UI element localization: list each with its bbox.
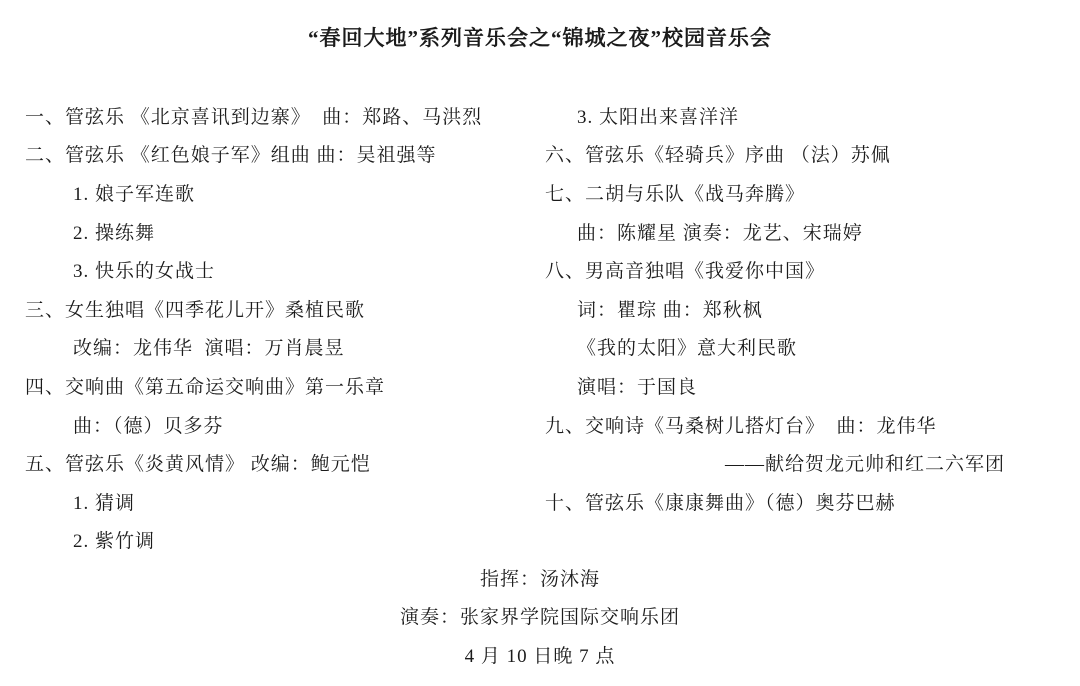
concert-program-page: “春回大地”系列音乐会之“锦城之夜”校园音乐会 一、管弦乐 《北京喜讯到边寨》 … — [0, 0, 1080, 686]
program-item-2-sub-2: 2. 操练舞 — [25, 212, 540, 251]
footer: 指挥：汤沐海 演奏：张家界学院国际交响乐团 4 月 10 日晚 7 点 — [0, 558, 1080, 674]
program-item-5-sub-1: 1. 猜调 — [25, 482, 540, 521]
program-item-8-performer: 演唱：于国良 — [545, 366, 1075, 405]
program-item-3-credits: 改编：龙伟华 演唱：万肖晨昱 — [25, 328, 540, 367]
footer-orchestra: 演奏：张家界学院国际交响乐团 — [0, 597, 1080, 636]
program-item-8: 八、男高音独唱《我爱你中国》 — [545, 250, 1075, 289]
program-item-1: 一、管弦乐 《北京喜讯到边寨》 曲：郑路、马洪烈 — [25, 96, 540, 135]
program-item-5-sub-2: 2. 紫竹调 — [25, 521, 540, 560]
program-item-8-credits: 词：瞿琮 曲：郑秋枫 — [545, 289, 1075, 328]
program-right-column: 3. 太阳出来喜洋洋 六、管弦乐《轻骑兵》序曲 （法）苏佩 七、二胡与乐队《战马… — [545, 96, 1075, 521]
page-title: “春回大地”系列音乐会之“锦城之夜”校园音乐会 — [0, 22, 1080, 52]
program-item-9: 九、交响诗《马桑树儿搭灯台》 曲：龙伟华 — [545, 405, 1075, 444]
program-item-2-sub-1: 1. 娘子军连歌 — [25, 173, 540, 212]
footer-datetime: 4 月 10 日晚 7 点 — [0, 635, 1080, 674]
program-item-9-dedication: ——献给贺龙元帅和红二六军团 — [545, 443, 1075, 482]
program-item-2: 二、管弦乐 《红色娘子军》组曲 曲：吴祖强等 — [25, 135, 540, 174]
program-item-5-sub-3: 3. 太阳出来喜洋洋 — [545, 96, 1075, 135]
program-item-2-sub-3: 3. 快乐的女战士 — [25, 250, 540, 289]
program-item-7-credits: 曲：陈耀星 演奏：龙艺、宋瑞婷 — [545, 212, 1075, 251]
program-item-4: 四、交响曲《第五命运交响曲》第一乐章 — [25, 366, 540, 405]
program-item-7: 七、二胡与乐队《战马奔腾》 — [545, 173, 1075, 212]
program-item-10: 十、管弦乐《康康舞曲》（德）奥芬巴赫 — [545, 482, 1075, 521]
program-item-5: 五、管弦乐《炎黄风情》 改编：鲍元恺 — [25, 443, 540, 482]
program-item-4-credits: 曲：（德）贝多芬 — [25, 405, 540, 444]
program-item-6: 六、管弦乐《轻骑兵》序曲 （法）苏佩 — [545, 135, 1075, 174]
program-item-8-song-2: 《我的太阳》意大利民歌 — [545, 328, 1075, 367]
program-item-3: 三、女生独唱《四季花儿开》桑植民歌 — [25, 289, 540, 328]
footer-conductor: 指挥：汤沐海 — [0, 558, 1080, 597]
program-left-column: 一、管弦乐 《北京喜讯到边寨》 曲：郑路、马洪烈 二、管弦乐 《红色娘子军》组曲… — [25, 96, 540, 559]
